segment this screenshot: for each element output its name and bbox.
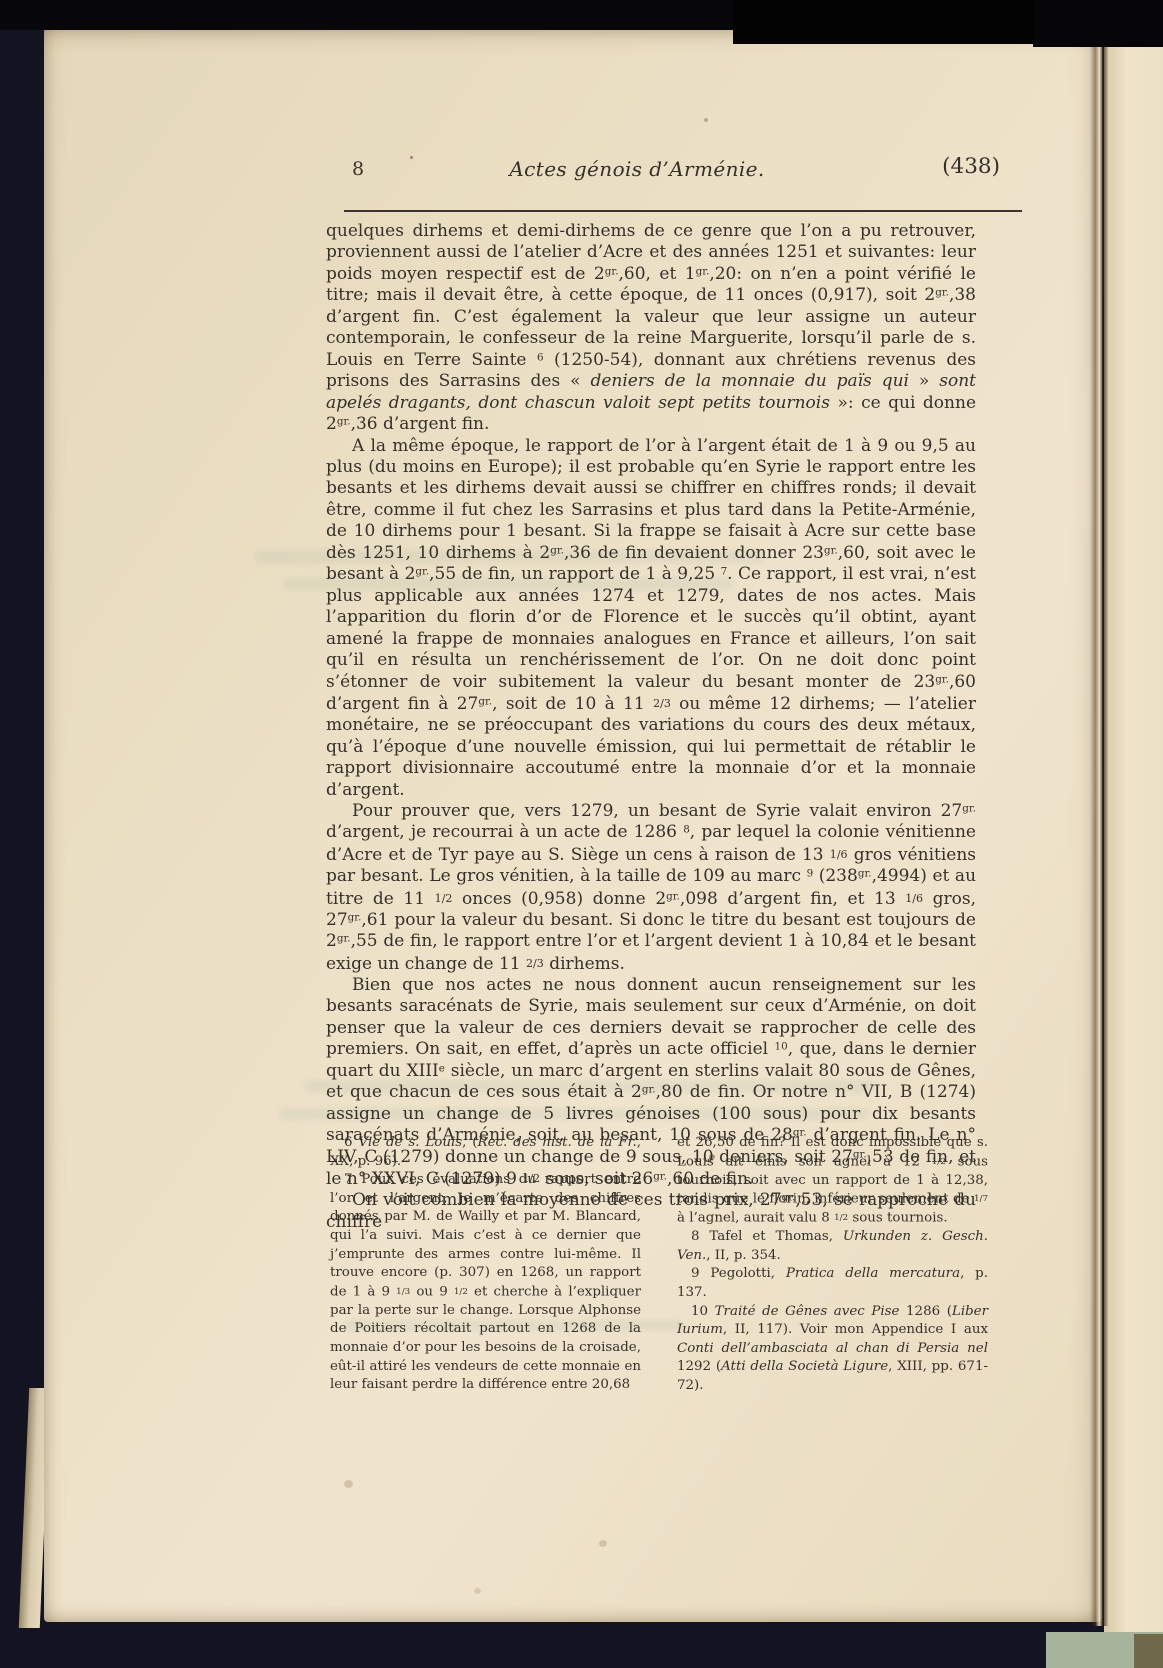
footnote-item: 9 Pegolotti, Pratica della mercatura, p.… xyxy=(677,1265,988,1302)
text-segment: 1/6 xyxy=(830,848,848,861)
superscript: gr. xyxy=(935,673,949,685)
superscript: gr. xyxy=(415,566,429,578)
text-segment: 1/3 xyxy=(396,1287,410,1297)
superscript: 10 xyxy=(775,1041,788,1053)
footnote-item: 6 Vie de s. Louis, (Rec. des hist. de la… xyxy=(330,1134,641,1171)
text-segment: 2/3 xyxy=(526,957,544,970)
text-segment: 1/2 xyxy=(834,1213,848,1223)
header-rule xyxy=(344,210,1022,212)
footnote-item: 10 Traité de Gênes avec Pise 1286 (Liber… xyxy=(677,1303,988,1396)
text-segment: dirhems. xyxy=(544,953,625,973)
paper-stain xyxy=(344,1480,353,1488)
text-segment: , soit de 10 à 11 xyxy=(492,694,653,714)
superscript: gr. xyxy=(858,868,872,880)
superscript: gr. xyxy=(605,266,619,278)
superscript: gr. xyxy=(642,1084,656,1096)
text-segment: 6 xyxy=(344,1135,358,1150)
text-segment: ,60, et 1 xyxy=(619,264,696,284)
page-crease xyxy=(1090,30,1108,1626)
book-scan: 8 Actes génois d’Arménie. (438) quelques… xyxy=(0,0,1163,1668)
scanned-page: 8 Actes génois d’Arménie. (438) quelques… xyxy=(44,28,1102,1622)
paper-stain xyxy=(599,1540,607,1547)
body-paragraph: quelques dirhems et demi-dirhems de ce g… xyxy=(326,221,976,436)
text-segment: ,55 de fin, un rapport de 1 à 9,25 xyxy=(429,564,720,584)
text-segment: Pratica della mercatura xyxy=(786,1266,960,1281)
page-number: 8 xyxy=(352,158,364,180)
book-cloth-corner-dark xyxy=(1134,1634,1163,1668)
body-paragraph: Pour prouver que, vers 1279, un besant d… xyxy=(326,801,976,975)
text-segment: ou 9 xyxy=(410,1284,454,1299)
superscript: gr. xyxy=(348,911,362,923)
text-segment: d’argent, je recourrai à un acte de 1286 xyxy=(326,822,683,842)
text-segment: 1286 ( xyxy=(899,1304,951,1319)
superscript: gr. xyxy=(935,287,949,299)
text-segment: ,36 d’argent fin. xyxy=(351,414,490,434)
text-segment: ,098 d’argent fin, et 13 xyxy=(680,888,905,908)
superscript: gr. xyxy=(824,544,838,556)
text-segment: (238 xyxy=(813,866,858,886)
text-segment: 1/2 xyxy=(435,892,453,905)
footnote-column-right: et 26,50 de fin? Il est donc impossible … xyxy=(677,1134,988,1395)
text-segment: 10 xyxy=(691,1304,715,1319)
text-segment: 1/7 xyxy=(974,1194,988,1204)
text-segment: 8 Tafel et Thomas, xyxy=(691,1229,843,1244)
superscript: 6 xyxy=(537,351,544,363)
text-segment: et cherche à l’expliquer par la perte su… xyxy=(330,1284,641,1392)
body-text: quelques dirhems et demi-dirhems de ce g… xyxy=(326,221,976,1233)
footnote-item: et 26,50 de fin? Il est donc impossible … xyxy=(677,1134,988,1228)
running-title: Actes génois d’Arménie. xyxy=(400,157,874,181)
text-segment: à l’agnel, aurait valu 8 xyxy=(677,1211,834,1226)
superscript: gr. xyxy=(337,416,351,428)
text-segment: ,36 de fin devaient donner 23 xyxy=(564,543,824,563)
paper-stain xyxy=(704,118,708,122)
text-segment: ,55 de fin, le rapport entre l’or et l’a… xyxy=(326,931,976,973)
paper-stain xyxy=(474,1588,481,1594)
text-segment: 1/2 xyxy=(932,1157,946,1167)
text-segment: 1292 ( xyxy=(677,1359,721,1374)
footnote-column-left: 6 Vie de s. Louis, (Rec. des hist. de la… xyxy=(330,1134,641,1395)
body-paragraph: A la même époque, le rapport de l’or à l… xyxy=(326,436,976,801)
scanner-background-black xyxy=(733,0,1045,44)
text-segment: 1/6 xyxy=(905,892,923,905)
text-segment: , ( xyxy=(462,1135,477,1150)
text-segment: onces (0,958) donne 2 xyxy=(452,888,666,908)
text-segment: , II, 117). Voir mon Appendice I aux xyxy=(723,1322,988,1337)
next-page-edge xyxy=(1104,36,1163,1668)
text-segment: , II, p. 354. xyxy=(706,1248,781,1263)
text-segment: deniers de la monnaie du païs qui xyxy=(590,371,909,391)
superscript: gr. xyxy=(666,890,680,902)
text-segment: Pour prouver que, vers 1279, un besant d… xyxy=(352,801,962,821)
text-segment: Traité de Gênes avec Pise xyxy=(715,1304,900,1319)
superscript: 8 xyxy=(683,824,690,836)
superscript: gr. xyxy=(550,544,564,556)
superscript: gr. xyxy=(962,803,976,815)
footnote-item: 7 Pour ces évaluations du rapport entre … xyxy=(330,1171,641,1395)
text-segment: Vie de s. Louis xyxy=(358,1135,462,1150)
text-segment: Rec. des hist. de la Fr. xyxy=(477,1135,636,1150)
folio-number: (438) xyxy=(900,154,1000,179)
text-segment: Conti dell’ambasciata al chan di Persia … xyxy=(677,1341,988,1356)
footnote-item: 8 Tafel et Thomas, Urkunden z. Gesch. Ve… xyxy=(677,1228,988,1265)
text-segment: » xyxy=(909,371,939,391)
superscript: gr. xyxy=(478,695,492,707)
text-segment: Atti della Società Ligure xyxy=(721,1359,888,1374)
text-segment: sous tournois. xyxy=(848,1211,948,1226)
text-segment: 2/3 xyxy=(653,697,671,710)
superscript: gr. xyxy=(696,266,710,278)
text-segment: 1/2 xyxy=(454,1287,468,1297)
footnotes: 6 Vie de s. Louis, (Rec. des hist. de la… xyxy=(330,1134,988,1395)
text-segment: 9 Pegolotti, xyxy=(691,1266,786,1281)
text-segment: 7 Pour ces évaluations du rapport entre … xyxy=(330,1172,641,1299)
superscript: gr. xyxy=(337,933,351,945)
scanner-background-black xyxy=(1033,0,1163,47)
